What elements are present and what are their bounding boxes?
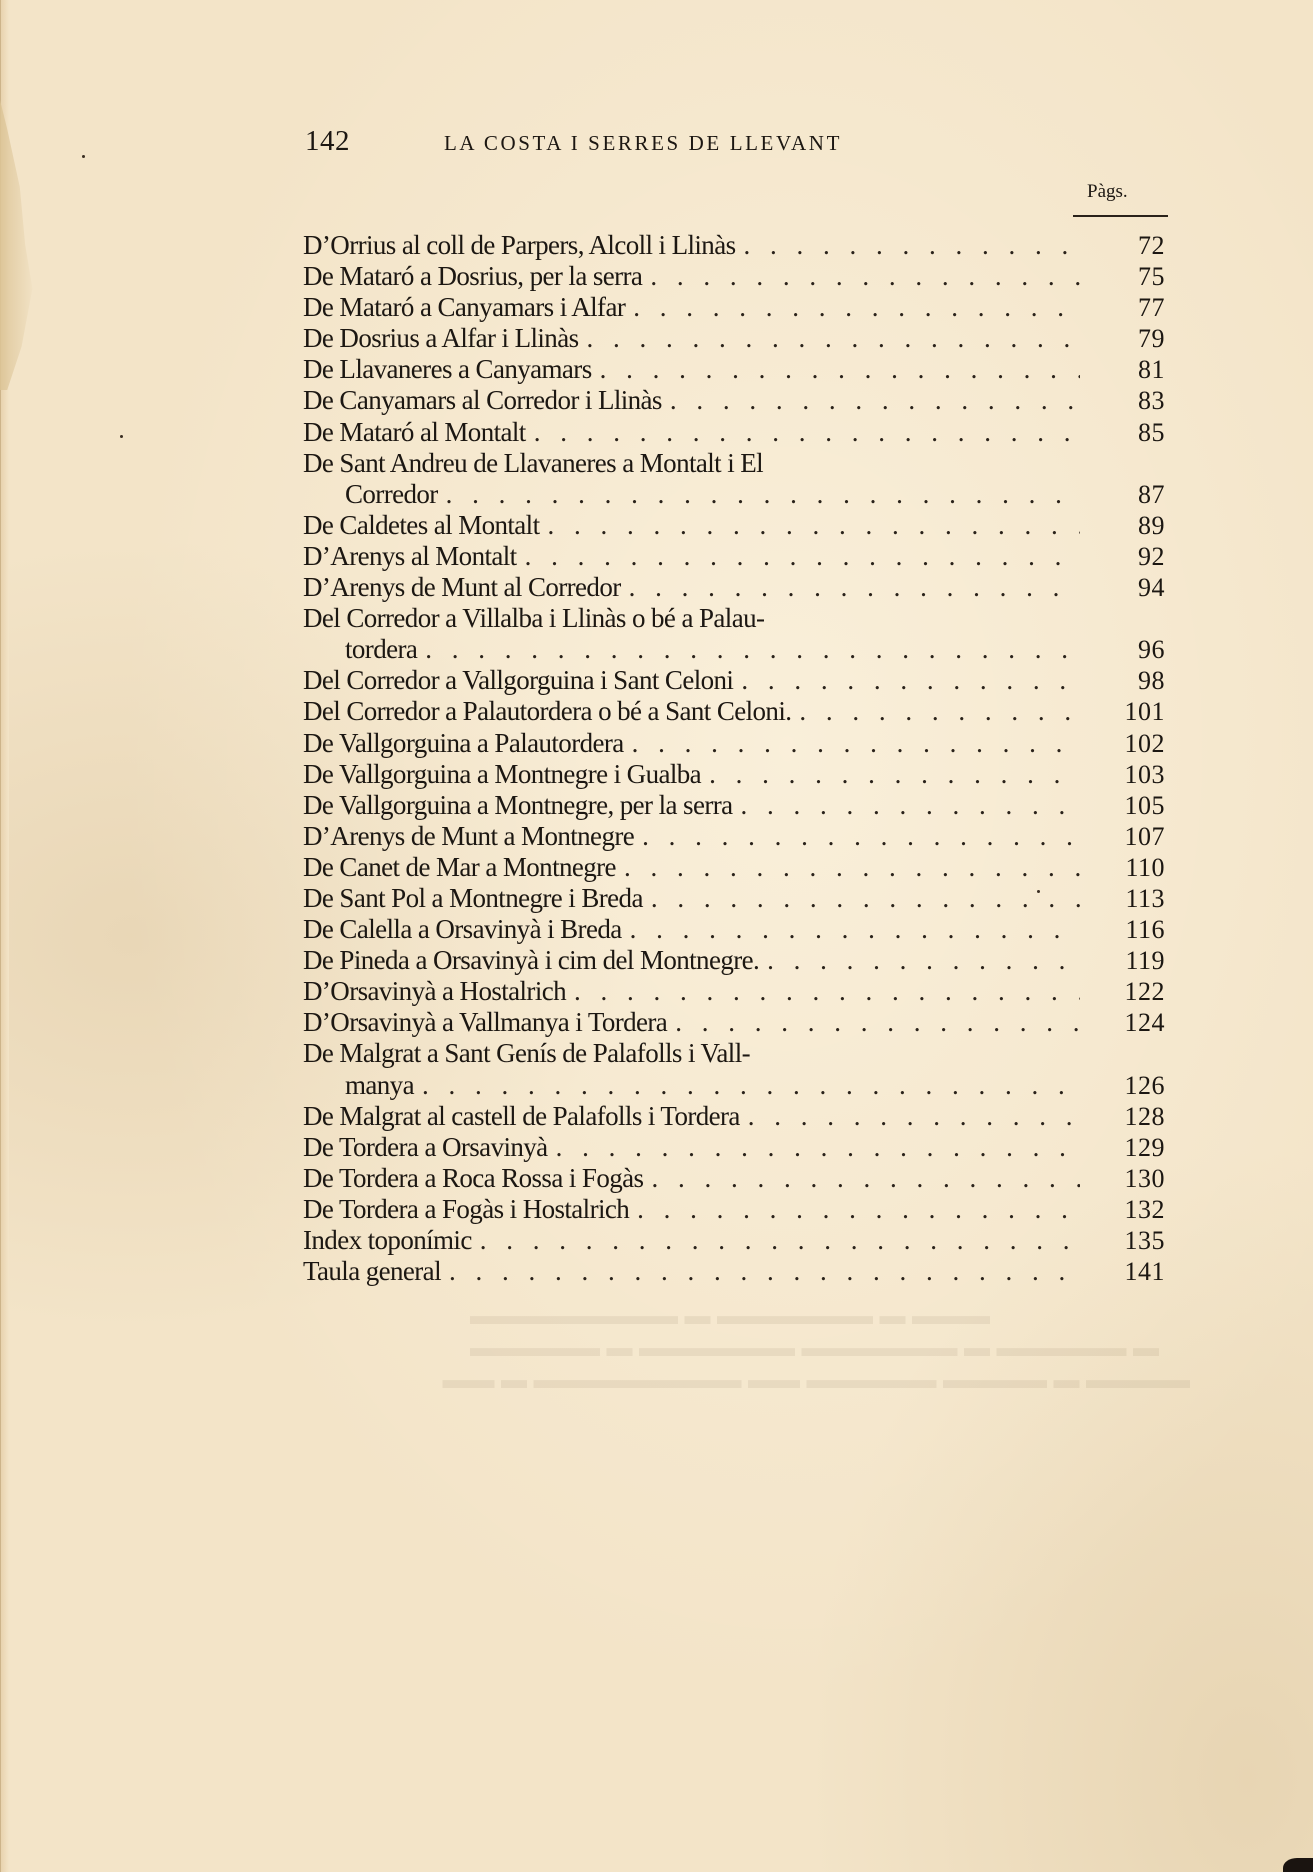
toc-entry-title: Taula general — [303, 1256, 441, 1287]
toc-entry-label: De Caldetes al Montalt . . . . . . . . .… — [303, 510, 1080, 541]
toc-entry-label: De Malgrat a Sant Genís de Palafolls i V… — [303, 1038, 1080, 1069]
toc-entry-label: De Sant Andreu de Llavaneres a Montalt i… — [303, 448, 1080, 479]
toc-entry-label: manya . . . . . . . . . . . . . . . . . … — [345, 1070, 1080, 1101]
toc-entry: De Malgrat a Sant Genís de Palafolls i V… — [303, 1038, 1165, 1069]
toc-page-number: 128 — [1085, 1101, 1165, 1132]
toc-entry-label: De Sant Pol a Montnegre i Breda . . . . … — [303, 883, 1080, 914]
toc-entry-label: D’Arenys al Montalt . . . . . . . . . . … — [303, 541, 1080, 572]
toc-entry-title: De Mataró al Montalt — [303, 417, 526, 448]
toc-entry: Del Corredor a Villalba i Llinàs o bé a … — [303, 603, 1165, 634]
toc-entry-title: tordera — [345, 634, 417, 665]
toc-entry-label: De Canyamars al Corredor i Llinàs . . . … — [303, 385, 1080, 416]
toc-entry: 129De Tordera a Orsavinyà . . . . . . . … — [303, 1132, 1165, 1163]
toc-entry: 81De Llavaneres a Canyamars . . . . . . … — [303, 354, 1165, 385]
toc-entry: 101Del Corredor a Palautordera o bé a Sa… — [303, 696, 1165, 727]
toc-entry-title: De Calella a Orsavinyà i Breda — [303, 914, 622, 945]
toc-entry-title: De Malgrat a Sant Genís de Palafolls i V… — [303, 1038, 750, 1069]
toc-page-number: 116 — [1085, 914, 1165, 945]
toc-entry: 83De Canyamars al Corredor i Llinàs . . … — [303, 385, 1165, 416]
table-of-contents: 72D’Orrius al coll de Parpers, Alcoll i … — [303, 230, 1165, 1287]
toc-page-number: 102 — [1085, 728, 1165, 759]
toc-entry-label: De Vallgorguina a Montnegre i Gualba . .… — [303, 759, 1080, 790]
toc-entry: 110De Canet de Mar a Montnegre . . . . .… — [303, 852, 1165, 883]
toc-entry-title: De Tordera a Orsavinyà — [303, 1132, 548, 1163]
dot-leader: . . . . . . . . . . . . . . . . . . . . … — [624, 852, 1080, 883]
toc-entry: 79De Dosrius a Alfar i Llinàs . . . . . … — [303, 323, 1165, 354]
toc-entry-title: Corredor — [345, 479, 438, 510]
toc-page-number: 141 — [1085, 1256, 1165, 1287]
toc-entry-continuation: 87Corredor . . . . . . . . . . . . . . .… — [303, 479, 1165, 510]
toc-entry: 119De Pineda a Orsavinyà i cim del Montn… — [303, 945, 1165, 976]
dot-leader: . . . . . . . . . . . . . . . . . . . . … — [651, 1163, 1080, 1194]
column-header-rule — [1073, 215, 1168, 217]
toc-entry-label: De Dosrius a Alfar i Llinàs . . . . . . … — [303, 323, 1080, 354]
toc-entry-title: De Tordera a Roca Rossa i Fogàs — [303, 1163, 643, 1194]
dot-leader: . . . . . . . . . . . . . . . . . . . . … — [748, 1101, 1080, 1132]
toc-entry: 141Taula general . . . . . . . . . . . .… — [303, 1256, 1165, 1287]
page-number: 142 — [305, 126, 350, 156]
toc-entry-label: D’Orsavinyà a Vallmanya i Tordera . . . … — [303, 1007, 1080, 1038]
toc-entry-label: De Tordera a Orsavinyà . . . . . . . . .… — [303, 1132, 1080, 1163]
toc-entry-title: Del Corredor a Villalba i Llinàs o bé a … — [303, 603, 764, 634]
toc-page-number: 119 — [1085, 945, 1165, 976]
toc-page-number: 135 — [1085, 1225, 1165, 1256]
dot-leader: . . . . . . . . . . . . . . . . . . . . … — [651, 883, 1080, 914]
toc-entry: 128De Malgrat al castell de Palafolls i … — [303, 1101, 1165, 1132]
dot-leader: . . . . . . . . . . . . . . . . . . . . … — [525, 541, 1080, 572]
toc-entry-label: De Malgrat al castell de Palafolls i Tor… — [303, 1101, 1080, 1132]
toc-entry-title: Del Corredor a Vallgorguina i Sant Celon… — [303, 665, 733, 696]
toc-entry-label: De Calella a Orsavinyà i Breda . . . . .… — [303, 914, 1080, 945]
toc-entry-title: D’Orrius al coll de Parpers, Alcoll i Ll… — [303, 230, 736, 261]
torn-corner — [1283, 1858, 1313, 1872]
paper-speck — [120, 435, 123, 438]
paper-speck — [1037, 890, 1040, 893]
toc-entry: 72D’Orrius al coll de Parpers, Alcoll i … — [303, 230, 1165, 261]
toc-page-number: 75 — [1085, 261, 1165, 292]
toc-entry-title: D’Arenys de Munt a Montnegre — [303, 821, 634, 852]
toc-page-number: 83 — [1085, 385, 1165, 416]
toc-page-number: 113 — [1085, 883, 1165, 914]
toc-entry-title: De Mataró a Dosrius, per la serra — [303, 261, 642, 292]
toc-page-number: 129 — [1085, 1132, 1165, 1163]
dot-leader: . . . . . . . . . . . . . . . . . . . . … — [574, 976, 1080, 1007]
toc-page-number: 77 — [1085, 292, 1165, 323]
toc-page-number: 122 — [1085, 976, 1165, 1007]
dot-leader: . . . . . . . . . . . . . . . . . . . . … — [449, 1256, 1080, 1287]
dot-leader: . . . . . . . . . . . . . . . . . . . . … — [587, 323, 1081, 354]
toc-entry-title: De Pineda a Orsavinyà i cim del Montnegr… — [303, 945, 759, 976]
toc-entry-label: D’Arenys de Munt a Montnegre . . . . . .… — [303, 821, 1080, 852]
toc-page-number: 96 — [1085, 634, 1165, 665]
toc-entry-label: De Tordera a Roca Rossa i Fogàs . . . . … — [303, 1163, 1080, 1194]
toc-entry-label: De Canet de Mar a Montnegre . . . . . . … — [303, 852, 1080, 883]
dot-leader: . . . . . . . . . . . . . . . . . . . . … — [675, 1007, 1080, 1038]
toc-page-number: 130 — [1085, 1163, 1165, 1194]
dot-leader: . . . . . . . . . . . . . . . . . . . . … — [767, 945, 1080, 976]
toc-entry-label: De Llavaneres a Canyamars . . . . . . . … — [303, 354, 1080, 385]
toc-entry-label: Corredor . . . . . . . . . . . . . . . .… — [345, 479, 1080, 510]
toc-entry-label: De Mataró a Dosrius, per la serra . . . … — [303, 261, 1080, 292]
toc-page-number: 132 — [1085, 1194, 1165, 1225]
toc-entry-label: tordera . . . . . . . . . . . . . . . . … — [345, 634, 1080, 665]
toc-entry-title: De Vallgorguina a Montnegre i Gualba — [303, 759, 701, 790]
toc-entry-label: D’Orrius al coll de Parpers, Alcoll i Ll… — [303, 230, 1080, 261]
toc-entry-title: De Sant Pol a Montnegre i Breda — [303, 883, 643, 914]
toc-entry: 102De Vallgorguina a Palautordera . . . … — [303, 728, 1165, 759]
running-head: 142 La costa i serres de Llevant — [305, 126, 1185, 158]
dot-leader: . . . . . . . . . . . . . . . . . . . . … — [600, 354, 1080, 385]
toc-entry: 132De Tordera a Fogàs i Hostalrich . . .… — [303, 1194, 1165, 1225]
toc-entry-title: De Canyamars al Corredor i Llinàs — [303, 385, 662, 416]
toc-entry: 130De Tordera a Roca Rossa i Fogàs . . .… — [303, 1163, 1165, 1194]
dot-leader: . . . . . . . . . . . . . . . . . . . . … — [670, 385, 1080, 416]
dot-leader: . . . . . . . . . . . . . . . . . . . . … — [556, 1132, 1080, 1163]
toc-entry: 92D’Arenys al Montalt . . . . . . . . . … — [303, 541, 1165, 572]
toc-entry-title: D’Arenys al Montalt — [303, 541, 517, 572]
toc-page-number: 89 — [1085, 510, 1165, 541]
toc-entry-title: De Malgrat al castell de Palafolls i Tor… — [303, 1101, 740, 1132]
toc-entry-continuation: 126manya . . . . . . . . . . . . . . . .… — [303, 1070, 1165, 1101]
toc-page-number: 126 — [1085, 1070, 1165, 1101]
toc-entry-title: De Vallgorguina a Montnegre, per la serr… — [303, 790, 733, 821]
toc-page-number: 72 — [1085, 230, 1165, 261]
toc-page-number: 124 — [1085, 1007, 1165, 1038]
toc-entry-title: Index toponímic — [303, 1225, 472, 1256]
toc-entry-label: De Pineda a Orsavinyà i cim del Montnegr… — [303, 945, 1080, 976]
toc-entry-title: De Tordera a Fogàs i Hostalrich — [303, 1194, 629, 1225]
toc-page-number: 85 — [1085, 417, 1165, 448]
toc-entry-label: De Vallgorguina a Montnegre, per la serr… — [303, 790, 1080, 821]
toc-entry-title: De Llavaneres a Canyamars — [303, 354, 592, 385]
toc-entry: 116De Calella a Orsavinyà i Breda . . . … — [303, 914, 1165, 945]
toc-entry: De Sant Andreu de Llavaneres a Montalt i… — [303, 448, 1165, 479]
toc-entry-label: De Mataró a Canyamars i Alfar . . . . . … — [303, 292, 1080, 323]
toc-entry-label: Index toponímic . . . . . . . . . . . . … — [303, 1225, 1080, 1256]
toc-entry-label: Del Corredor a Vallgorguina i Sant Celon… — [303, 665, 1080, 696]
toc-page-number: 110 — [1085, 852, 1165, 883]
toc-entry: 107D’Arenys de Munt a Montnegre . . . . … — [303, 821, 1165, 852]
toc-page-number: 101 — [1085, 696, 1165, 727]
toc-page-number: 87 — [1085, 479, 1165, 510]
dot-leader: . . . . . . . . . . . . . . . . . . . . … — [741, 790, 1081, 821]
dot-leader: . . . . . . . . . . . . . . . . . . . . … — [632, 728, 1080, 759]
toc-entry: 94D’Arenys de Munt al Corredor . . . . .… — [303, 572, 1165, 603]
dot-leader: . . . . . . . . . . . . . . . . . . . . … — [630, 914, 1080, 945]
toc-page-number: 92 — [1085, 541, 1165, 572]
toc-entry-label: De Tordera a Fogàs i Hostalrich . . . . … — [303, 1194, 1080, 1225]
toc-page-number: 107 — [1085, 821, 1165, 852]
toc-entry: 98Del Corredor a Vallgorguina i Sant Cel… — [303, 665, 1165, 696]
toc-entry: 103De Vallgorguina a Montnegre i Gualba … — [303, 759, 1165, 790]
dot-leader: . . . . . . . . . . . . . . . . . . . . … — [744, 230, 1081, 261]
dot-leader: . . . . . . . . . . . . . . . . . . . . … — [637, 1194, 1080, 1225]
toc-entry-title: De Sant Andreu de Llavaneres a Montalt i… — [303, 448, 763, 479]
toc-entry-continuation: 96tordera . . . . . . . . . . . . . . . … — [303, 634, 1165, 665]
toc-entry-title: Del Corredor a Palautordera o bé a Sant … — [303, 696, 791, 727]
toc-entry: 75De Mataró a Dosrius, per la serra . . … — [303, 261, 1165, 292]
toc-entry: 135Index toponímic . . . . . . . . . . .… — [303, 1225, 1165, 1256]
toc-entry-label: De Mataró al Montalt . . . . . . . . . .… — [303, 417, 1080, 448]
toc-entry-title: manya — [345, 1070, 414, 1101]
paper-speck — [82, 155, 85, 158]
toc-page-number: 103 — [1085, 759, 1165, 790]
dot-leader: . . . . . . . . . . . . . . . . . . . . … — [741, 665, 1080, 696]
dot-leader: . . . . . . . . . . . . . . . . . . . . … — [642, 821, 1080, 852]
dot-leader: . . . . . . . . . . . . . . . . . . . . … — [709, 759, 1080, 790]
toc-entry: 124D’Orsavinyà a Vallmanya i Tordera . .… — [303, 1007, 1165, 1038]
toc-entry-title: De Dosrius a Alfar i Llinàs — [303, 323, 579, 354]
toc-entry-title: De Canet de Mar a Montnegre — [303, 852, 616, 883]
toc-entry-title: D’Arenys de Munt al Corredor — [303, 572, 621, 603]
dot-leader: . . . . . . . . . . . . . . . . . . . . … — [547, 510, 1080, 541]
toc-entry: 77De Mataró a Canyamars i Alfar . . . . … — [303, 292, 1165, 323]
dot-leader: . . . . . . . . . . . . . . . . . . . . … — [425, 634, 1080, 665]
toc-page-number: 98 — [1085, 665, 1165, 696]
running-head-title: La costa i serres de Llevant — [444, 132, 842, 154]
toc-entry-title: D’Orsavinyà a Hostalrich — [303, 976, 566, 1007]
toc-entry: 89De Caldetes al Montalt . . . . . . . .… — [303, 510, 1165, 541]
dot-leader: . . . . . . . . . . . . . . . . . . . . … — [650, 261, 1080, 292]
toc-page-number: 105 — [1085, 790, 1165, 821]
dot-leader: . . . . . . . . . . . . . . . . . . . . … — [534, 417, 1080, 448]
dot-leader: . . . . . . . . . . . . . . . . . . . . … — [422, 1070, 1080, 1101]
toc-entry-title: De Mataró a Canyamars i Alfar — [303, 292, 625, 323]
toc-entry-label: De Vallgorguina a Palautordera . . . . .… — [303, 728, 1080, 759]
toc-entry-label: D’Arenys de Munt al Corredor . . . . . .… — [303, 572, 1080, 603]
toc-entry: 113De Sant Pol a Montnegre i Breda . . .… — [303, 883, 1165, 914]
toc-page-number: 81 — [1085, 354, 1165, 385]
dot-leader: . . . . . . . . . . . . . . . . . . . . … — [629, 572, 1080, 603]
toc-entry-label: Del Corredor a Villalba i Llinàs o bé a … — [303, 603, 1080, 634]
toc-entry-label: D’Orsavinyà a Hostalrich . . . . . . . .… — [303, 976, 1080, 1007]
dot-leader: . . . . . . . . . . . . . . . . . . . . … — [633, 292, 1080, 323]
toc-entry: 85De Mataró al Montalt . . . . . . . . .… — [303, 417, 1165, 448]
toc-entry-title: De Vallgorguina a Palautordera — [303, 728, 624, 759]
pages-column-header: Pàgs. — [1087, 180, 1128, 204]
toc-entry-label: Taula general . . . . . . . . . . . . . … — [303, 1256, 1080, 1287]
toc-entry: 105De Vallgorguina a Montnegre, per la s… — [303, 790, 1165, 821]
toc-entry-label: Del Corredor a Palautordera o bé a Sant … — [303, 696, 1080, 727]
dot-leader: . . . . . . . . . . . . . . . . . . . . … — [480, 1225, 1080, 1256]
toc-entry: 122D’Orsavinyà a Hostalrich . . . . . . … — [303, 976, 1165, 1007]
dot-leader: . . . . . . . . . . . . . . . . . . . . … — [799, 696, 1080, 727]
dot-leader: . . . . . . . . . . . . . . . . . . . . … — [446, 479, 1080, 510]
toc-entry-title: De Caldetes al Montalt — [303, 510, 539, 541]
toc-page-number: 94 — [1085, 572, 1165, 603]
toc-entry-title: D’Orsavinyà a Vallmanya i Tordera — [303, 1007, 667, 1038]
toc-page-number: 79 — [1085, 323, 1165, 354]
